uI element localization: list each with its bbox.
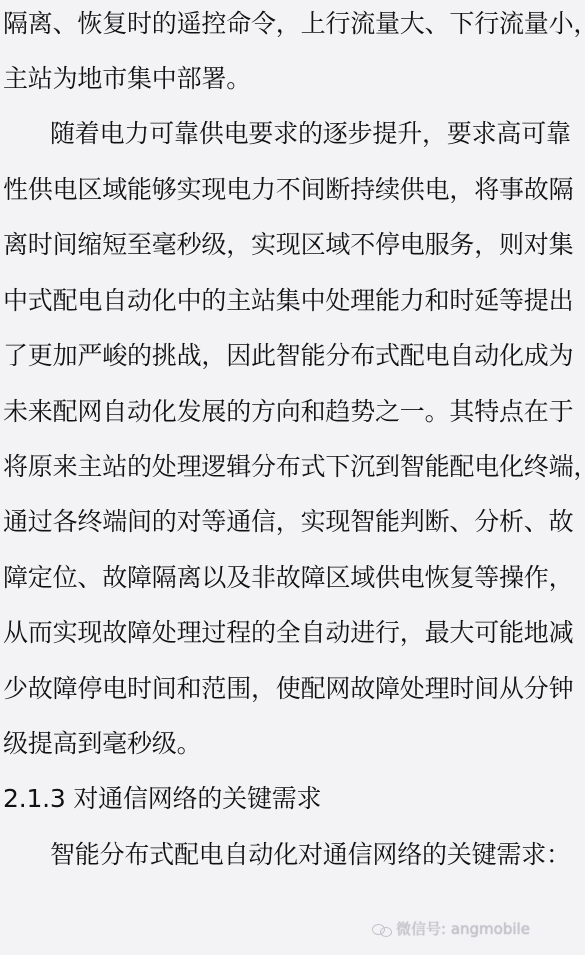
paragraph-line: 中式配电自动化中的主站集中处理能力和时延等提出 bbox=[3, 286, 573, 316]
paragraph-line: 障定位、故障隔离以及非故障区域供电恢复等操作， bbox=[3, 563, 573, 593]
paragraph-line: 少故障停电时间和范围，使配网故障处理时间从分钟 bbox=[3, 674, 573, 704]
paragraph-line: 将原来主站的处理逻辑分布式下沉到智能配电化终端， bbox=[3, 452, 585, 482]
paragraph-line: 隔离、恢复时的遥控命令，上行流量大、下行流量小， bbox=[3, 9, 585, 39]
paragraph-line: 级提高到毫秒级。 bbox=[3, 729, 201, 759]
section-intro: 智能分布式配电自动化对通信网络的关键需求： bbox=[50, 840, 571, 870]
paragraph-line: 了更加严峻的挑战，因此智能分布式配电自动化成为 bbox=[3, 341, 573, 371]
paragraph-line: 未来配网自动化发展的方向和趋势之一。其特点在于 bbox=[3, 397, 573, 427]
paragraph-line: 从而实现故障处理过程的全自动进行，最大可能地减 bbox=[3, 618, 573, 648]
paragraph-line: 通过各终端间的对等通信，实现智能判断、分析、故 bbox=[3, 507, 573, 537]
paragraph-line: 主站为地市集中部署。 bbox=[3, 64, 251, 94]
paragraph-line: 性供电区域能够实现电力不间断持续供电，将事故隔 bbox=[3, 175, 573, 205]
paragraph-line: 随着电力可靠供电要求的逐步提升，要求高可靠 bbox=[50, 119, 571, 149]
watermark-text: 微信号: angmobile bbox=[396, 918, 530, 939]
section-heading: 2.1.3 对通信网络的关键需求 bbox=[3, 784, 321, 814]
paragraph-line: 离时间缩短至毫秒级，实现区域不停电服务，则对集 bbox=[3, 230, 573, 260]
wechat-icon bbox=[372, 922, 392, 936]
watermark: 微信号: angmobile bbox=[372, 918, 530, 939]
